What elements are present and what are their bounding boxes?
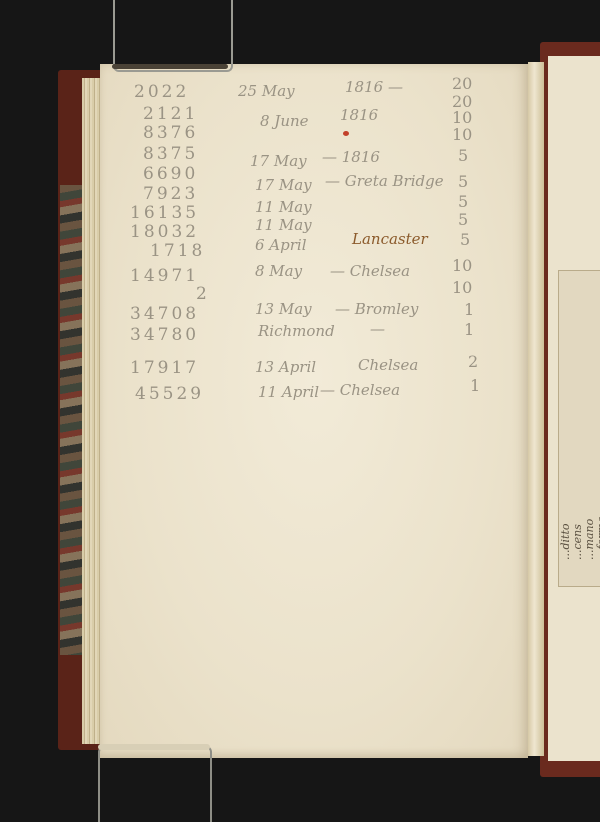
entry-1-date: 25 May [238,82,295,100]
entry-10-note: — Chelsea [330,262,410,280]
number-5: 6690 [143,164,198,184]
entry-14-note: Chelsea [358,356,418,374]
qty-10: 10 [452,256,472,275]
marbled-endpaper [60,185,82,655]
entry-6-note: — Greta Bridge [325,172,444,190]
qty-12: 1 [464,300,474,319]
entry-14-date: 13 April [255,358,316,376]
qty-6: 5 [458,172,468,191]
qty-8: 5 [458,210,468,229]
printed-label-text: ...ditto ...cens ...mano ...forma Y. ERS… [560,300,600,560]
number-12: 34708 [130,304,199,324]
number-14: 17917 [130,358,199,378]
number-13: 34780 [130,325,199,345]
number-11: 2 [196,284,210,304]
entry-7-date: 11 May [255,198,312,216]
entry-6-date: 17 May [255,176,312,194]
entry-2-date: 8 June [260,112,309,130]
number-9: 1718 [150,241,205,261]
number-2: 2121 [143,104,198,124]
entry-5-note: — 1816 [322,148,380,166]
number-6: 7923 [143,184,198,204]
qty-1: 20 [452,74,472,93]
qty-4: 10 [452,125,472,144]
red-ink-mark [343,131,349,136]
entry-12-note: — Bromley [335,300,418,318]
qty-15: 1 [470,376,480,395]
entry-5-date: 17 May [250,152,307,170]
qty-11: 10 [452,278,472,297]
number-1: 2022 [134,82,189,102]
top-clip [113,0,233,72]
gutter [528,62,544,756]
number-15: 45529 [135,384,204,404]
number-3: 8376 [143,123,198,143]
entry-15-note: — Chelsea [320,381,400,399]
entry-12-date: 13 May [255,300,312,318]
qty-5: 5 [458,146,468,165]
entry-9-note: Lancaster [352,230,428,248]
bottom-clip-bar [98,744,210,750]
top-clip-bar [112,64,228,69]
qty-13: 1 [464,320,474,339]
entry-1-note: 1816 — [345,78,403,96]
entry-15-date: 11 April [258,383,319,401]
number-10: 14971 [130,266,199,286]
number-4: 8375 [143,144,198,164]
qty-9: 5 [460,230,470,249]
entry-10-date: 8 May [255,262,302,280]
number-8: 18032 [130,222,199,242]
entry-2-note: 1816 [340,106,378,124]
entry-13-note: — [370,320,385,338]
entry-13-date: Richmond [258,322,335,340]
entry-9-date: 6 April [255,236,307,254]
qty-14: 2 [468,352,478,371]
entry-8-date: 11 May [255,216,312,234]
bottom-clip [98,746,212,822]
qty-7: 5 [458,192,468,211]
number-7: 16135 [130,203,199,223]
